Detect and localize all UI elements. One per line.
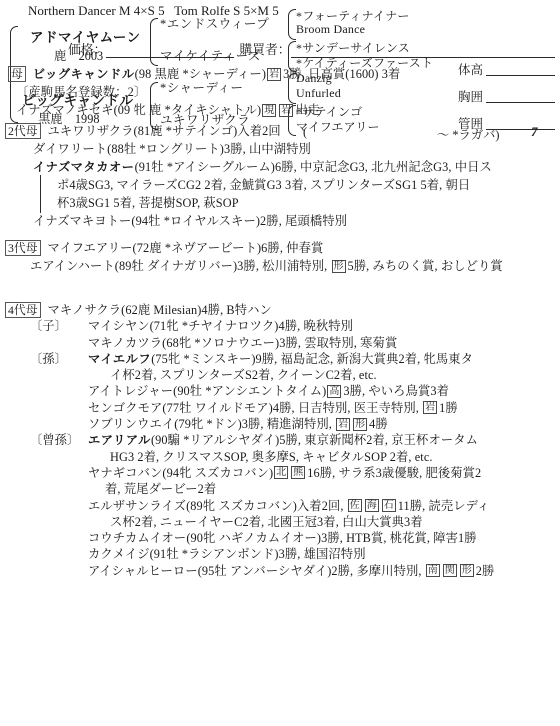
entry-text: イ杯2着, スプリンターズS2着, クイーンC2着, etc. xyxy=(110,368,377,382)
entry-line: ダイワリート(88牡 *ロングリート)3勝, 山中湖特別 xyxy=(0,140,560,158)
sire-detail: 鹿 2003 xyxy=(54,46,103,64)
catalog-sections: 母ビッグキャンドル(98 黒鹿 *シャーディー)岩3勝, 日高賞(1600) 3… xyxy=(0,65,560,579)
region-box: 岩 xyxy=(336,418,350,431)
entry-text: 11勝, 読売レディ xyxy=(398,499,490,513)
sire-dam-name: マイケイティーズ xyxy=(160,46,261,64)
horse-name-bold: マイエルフ xyxy=(88,352,151,366)
relation-label: 〔孫〕 xyxy=(30,351,88,367)
generation-label: 母 xyxy=(8,66,26,82)
region-box: 岩 xyxy=(267,68,281,81)
entry-line: 杯3歳SG1 5着, 菩提樹SOP, 萩SOP xyxy=(0,194,560,212)
entry-line: HG3 2着, クリスマスSOP, 奥多摩S, キャビタルSOP 2着, etc… xyxy=(0,449,560,465)
entry-text: イナズマノキセキ(09 牝 鹿 *タイキシャトル) xyxy=(16,103,261,117)
pedigree-section: 3代母マイフエアリー(72鹿 *ネヴアービート)6勝, 仲春賞エアインハート(8… xyxy=(0,239,560,275)
horse-name-bold: イナズマタカオー xyxy=(33,160,135,174)
entry-text: 着, 荒尾ダービー2着 xyxy=(105,482,216,496)
pedigree-section: 2代母ユキワリザクラ(81鹿 *サテインゴ)入着2回ダイワリート(88牡 *ロン… xyxy=(0,122,560,230)
entry-line: カクメイジ(91牡 *ラシアンボンド)3勝, 雄国沼特別 xyxy=(0,546,560,562)
region-box: 熊 xyxy=(291,466,305,479)
entry-line: ポ4歳SG3, マイラーズCG2 2着, 金鯱賞G3 3着, スプリンターズSG… xyxy=(0,176,560,194)
entry-line: コウチカムイオー(90牝 ハギノカムイオー)3勝, HTB賞, 桃花賞, 障害1… xyxy=(0,530,560,546)
entry-text: ス杯2着, ニューイヤーC2着, 北國王冠3着, 白山大賞典3着 xyxy=(110,515,423,529)
entry-line: エルザサンライズ(89牝 スズカコバン)入着2回, 佐海石11勝, 読売レディ xyxy=(0,498,560,514)
entry-text: センゴクモア(77牡 ワイルドモア)4勝, 日吉特別, 医王寺特別, xyxy=(88,401,422,415)
sire-name: アドマイヤムーン xyxy=(30,26,141,46)
entry-text: コウチカムイオー(90牝 ハギノカムイオー)3勝, HTB賞, 桃花賞, 障害1… xyxy=(88,531,477,545)
entry-line: ス杯2着, ニューイヤーC2着, 北國王冠3着, 白山大賞典3着 xyxy=(0,514,560,530)
entry-text: ダイワリート(88牡 *ロングリート)3勝, 山中湖特別 xyxy=(33,142,311,156)
horse-name-bold: ビッグキャンドル xyxy=(33,67,135,81)
entry-text: ヤナギコバン(94牝 スズカコバン) xyxy=(88,466,273,480)
region-box: 現 xyxy=(262,104,276,117)
entry-line: イ杯2着, スプリンターズS2着, クイーンC2着, etc. xyxy=(0,367,560,383)
entry-text: 16勝, サラ系3歳優駿, 肥後菊賞2 xyxy=(307,466,481,480)
pedigree-section: 母ビッグキャンドル(98 黒鹿 *シャーディー)岩3勝, 日高賞(1600) 3… xyxy=(0,65,560,119)
entry-text: 1勝 xyxy=(439,401,458,415)
region-box: 海 xyxy=(365,499,379,512)
entry-text: (75牝 *ミンスキー)9勝, 福島記念, 新潟大賞典2着, 牝馬東タ xyxy=(151,352,473,366)
generation-label: 4代母 xyxy=(5,302,41,318)
entry-text: ポ4歳SG3, マイラーズCG2 2着, 金鯱賞G3 3着, スプリンターズSG… xyxy=(57,178,470,192)
entry-text: 4勝 xyxy=(369,417,388,431)
entry-line: 〔孫〕マイエルフ(75牝 *ミンスキー)9勝, 福島記念, 新潟大賞典2着, 牝… xyxy=(0,351,560,367)
entry-text: ユキワリザクラ(81鹿 *サテインゴ)入着2回 xyxy=(48,124,281,138)
region-box: 北 xyxy=(274,466,288,479)
entry-text: マキノサクラ(62鹿 Milesian)4勝, B特ハン xyxy=(48,303,272,317)
entry-line: 着, 荒尾ダービー2着 xyxy=(0,481,560,497)
entry-text: イナズマキヨトー(94牡 *ロイヤルスキー)2勝, 尾頭橋特別 xyxy=(33,214,347,228)
sire-parents-bracket xyxy=(150,18,158,66)
entry-line: イナズマノキセキ(09 牝 鹿 *タイキシャトル)現岩出走 xyxy=(0,101,560,119)
entry-text: ソブリンウエイ(79牝 *ドン)3勝, 精進湖特別, xyxy=(88,417,335,431)
entry-line: 2代母ユキワリザクラ(81鹿 *サテインゴ)入着2回 xyxy=(0,122,560,140)
region-box: 岩 xyxy=(279,104,293,117)
region-box: 岩 xyxy=(423,401,437,414)
entry-text: アイトレジャー(90牡 *アンシエントタイム) xyxy=(88,384,326,398)
relation-label: 〔曾孫〕 xyxy=(30,432,88,448)
entry-line: アイシャルヒーロー(95牡 アンバーシヤダイ)2勝, 多摩川特別, 南関形2勝 xyxy=(0,563,560,579)
entry-text: マイフエアリー(72鹿 *ネヴアービート)6勝, 仲春賞 xyxy=(48,241,324,255)
entry-line: アイトレジャー(90牡 *アンシエントタイム)高3勝, やいろ鳥賞3着 xyxy=(0,383,560,399)
entry-text: (90騸 *リアルシヤダイ)5勝, 東京新聞杯2着, 京王杯オータム xyxy=(151,433,478,447)
entry-line: 〔曾孫〕エアリアル(90騸 *リアルシヤダイ)5勝, 東京新聞杯2着, 京王杯オ… xyxy=(0,432,560,448)
entry-line: 母ビッグキャンドル(98 黒鹿 *シャーディー)岩3勝, 日高賞(1600) 3… xyxy=(0,65,560,83)
region-box: 佐 xyxy=(348,499,362,512)
entry-text: 〔産駒馬名登録数：2〕 xyxy=(16,85,146,99)
entry-line: イナズマタカオー(91牡 *アイシーグルーム)6勝, 中京記念G3, 北九州記念… xyxy=(0,158,560,176)
entry-line: エアインハート(89牡 ダイナガリバー)3勝, 松川浦特別, 形5勝, みちのく… xyxy=(0,257,560,275)
horse-name-bold: エアリアル xyxy=(88,433,151,447)
entry-text: エルザサンライズ(89牝 スズカコバン)入着2回, xyxy=(88,499,347,513)
entry-text: HG3 2着, クリスマスSOP, 奥多摩S, キャビタルSOP 2着, etc… xyxy=(110,450,433,464)
entry-line: センゴクモア(77牡 ワイルドモア)4勝, 日吉特別, 医王寺特別, 岩1勝 xyxy=(0,400,560,416)
entry-text: 杯3歳SG1 5着, 菩提樹SOP, 萩SOP xyxy=(57,196,239,210)
region-box: 形 xyxy=(332,260,346,273)
entry-text: マキノカツラ(68牝 *ソロナウエー)3勝, 雲取特別, 寒菊賞 xyxy=(88,336,397,350)
generation-label: 3代母 xyxy=(5,240,41,256)
region-box: 南 xyxy=(426,564,440,577)
entry-line: ソブリンウエイ(79牝 *ドン)3勝, 精進湖特別, 岩形4勝 xyxy=(0,416,560,432)
entry-line: 3代母マイフエアリー(72鹿 *ネヴアービート)6勝, 仲春賞 xyxy=(0,239,560,257)
entry-text: カクメイジ(91牡 *ラシアンボンド)3勝, 雄国沼特別 xyxy=(88,547,366,561)
entry-text: 3勝, 日高賞(1600) 3着 xyxy=(283,67,400,81)
sire-sire-name: *エンドスウィープ xyxy=(160,14,269,32)
pedigree-section: 4代母マキノサクラ(62鹿 Milesian)4勝, B特ハン〔子〕マイシヤン(… xyxy=(0,302,560,579)
generation-label: 2代母 xyxy=(5,123,41,139)
entry-line: ヤナギコバン(94牝 スズカコバン)北熊16勝, サラ系3歳優駿, 肥後菊賞2 xyxy=(0,465,560,481)
entry-text: 3勝, やいろ鳥賞3着 xyxy=(343,384,449,398)
entry-line: 4代母マキノサクラ(62鹿 Milesian)4勝, B特ハン xyxy=(0,302,560,318)
catalog-page: アドマイヤムーン 鹿 2003 ビッグキャンドル 黒鹿 1998 *エンドスウィ… xyxy=(0,0,560,726)
gp-bracket xyxy=(288,9,296,40)
region-box: 石 xyxy=(382,499,396,512)
entry-line: 〔産駒馬名登録数：2〕 xyxy=(0,83,560,101)
entry-text: 出走 xyxy=(295,103,320,117)
grandparent-name: Broom Dance xyxy=(296,22,365,37)
entry-line: イナズマキヨトー(94牡 *ロイヤルスキー)2勝, 尾頭橋特別 xyxy=(0,212,560,230)
entry-text: 2勝 xyxy=(476,564,495,578)
entry-text: (98 黒鹿 *シャーディー) xyxy=(135,67,266,81)
region-box: 関 xyxy=(443,564,457,577)
region-box: 高 xyxy=(327,385,341,398)
region-box: 形 xyxy=(460,564,474,577)
entry-text: エアインハート(89牡 ダイナガリバー)3勝, 松川浦特別, xyxy=(30,259,331,273)
entry-text: アイシャルヒーロー(95牡 アンバーシヤダイ)2勝, 多摩川特別, xyxy=(88,564,425,578)
entry-text: (91牡 *アイシーグルーム)6勝, 中京記念G3, 北九州記念G3, 中日ス xyxy=(135,160,492,174)
region-box: 形 xyxy=(353,418,367,431)
entry-text: マイシヤン(71牝 *チヤイナロツク)4勝, 晩秋特別 xyxy=(88,319,353,333)
entry-text: 5勝, みちのく賞, おしどり賞 xyxy=(348,259,503,273)
entry-line: マキノカツラ(68牝 *ソロナウエー)3勝, 雲取特別, 寒菊賞 xyxy=(0,335,560,351)
entry-line: 〔子〕マイシヤン(71牝 *チヤイナロツク)4勝, 晩秋特別 xyxy=(0,318,560,334)
relation-label: 〔子〕 xyxy=(30,318,88,334)
